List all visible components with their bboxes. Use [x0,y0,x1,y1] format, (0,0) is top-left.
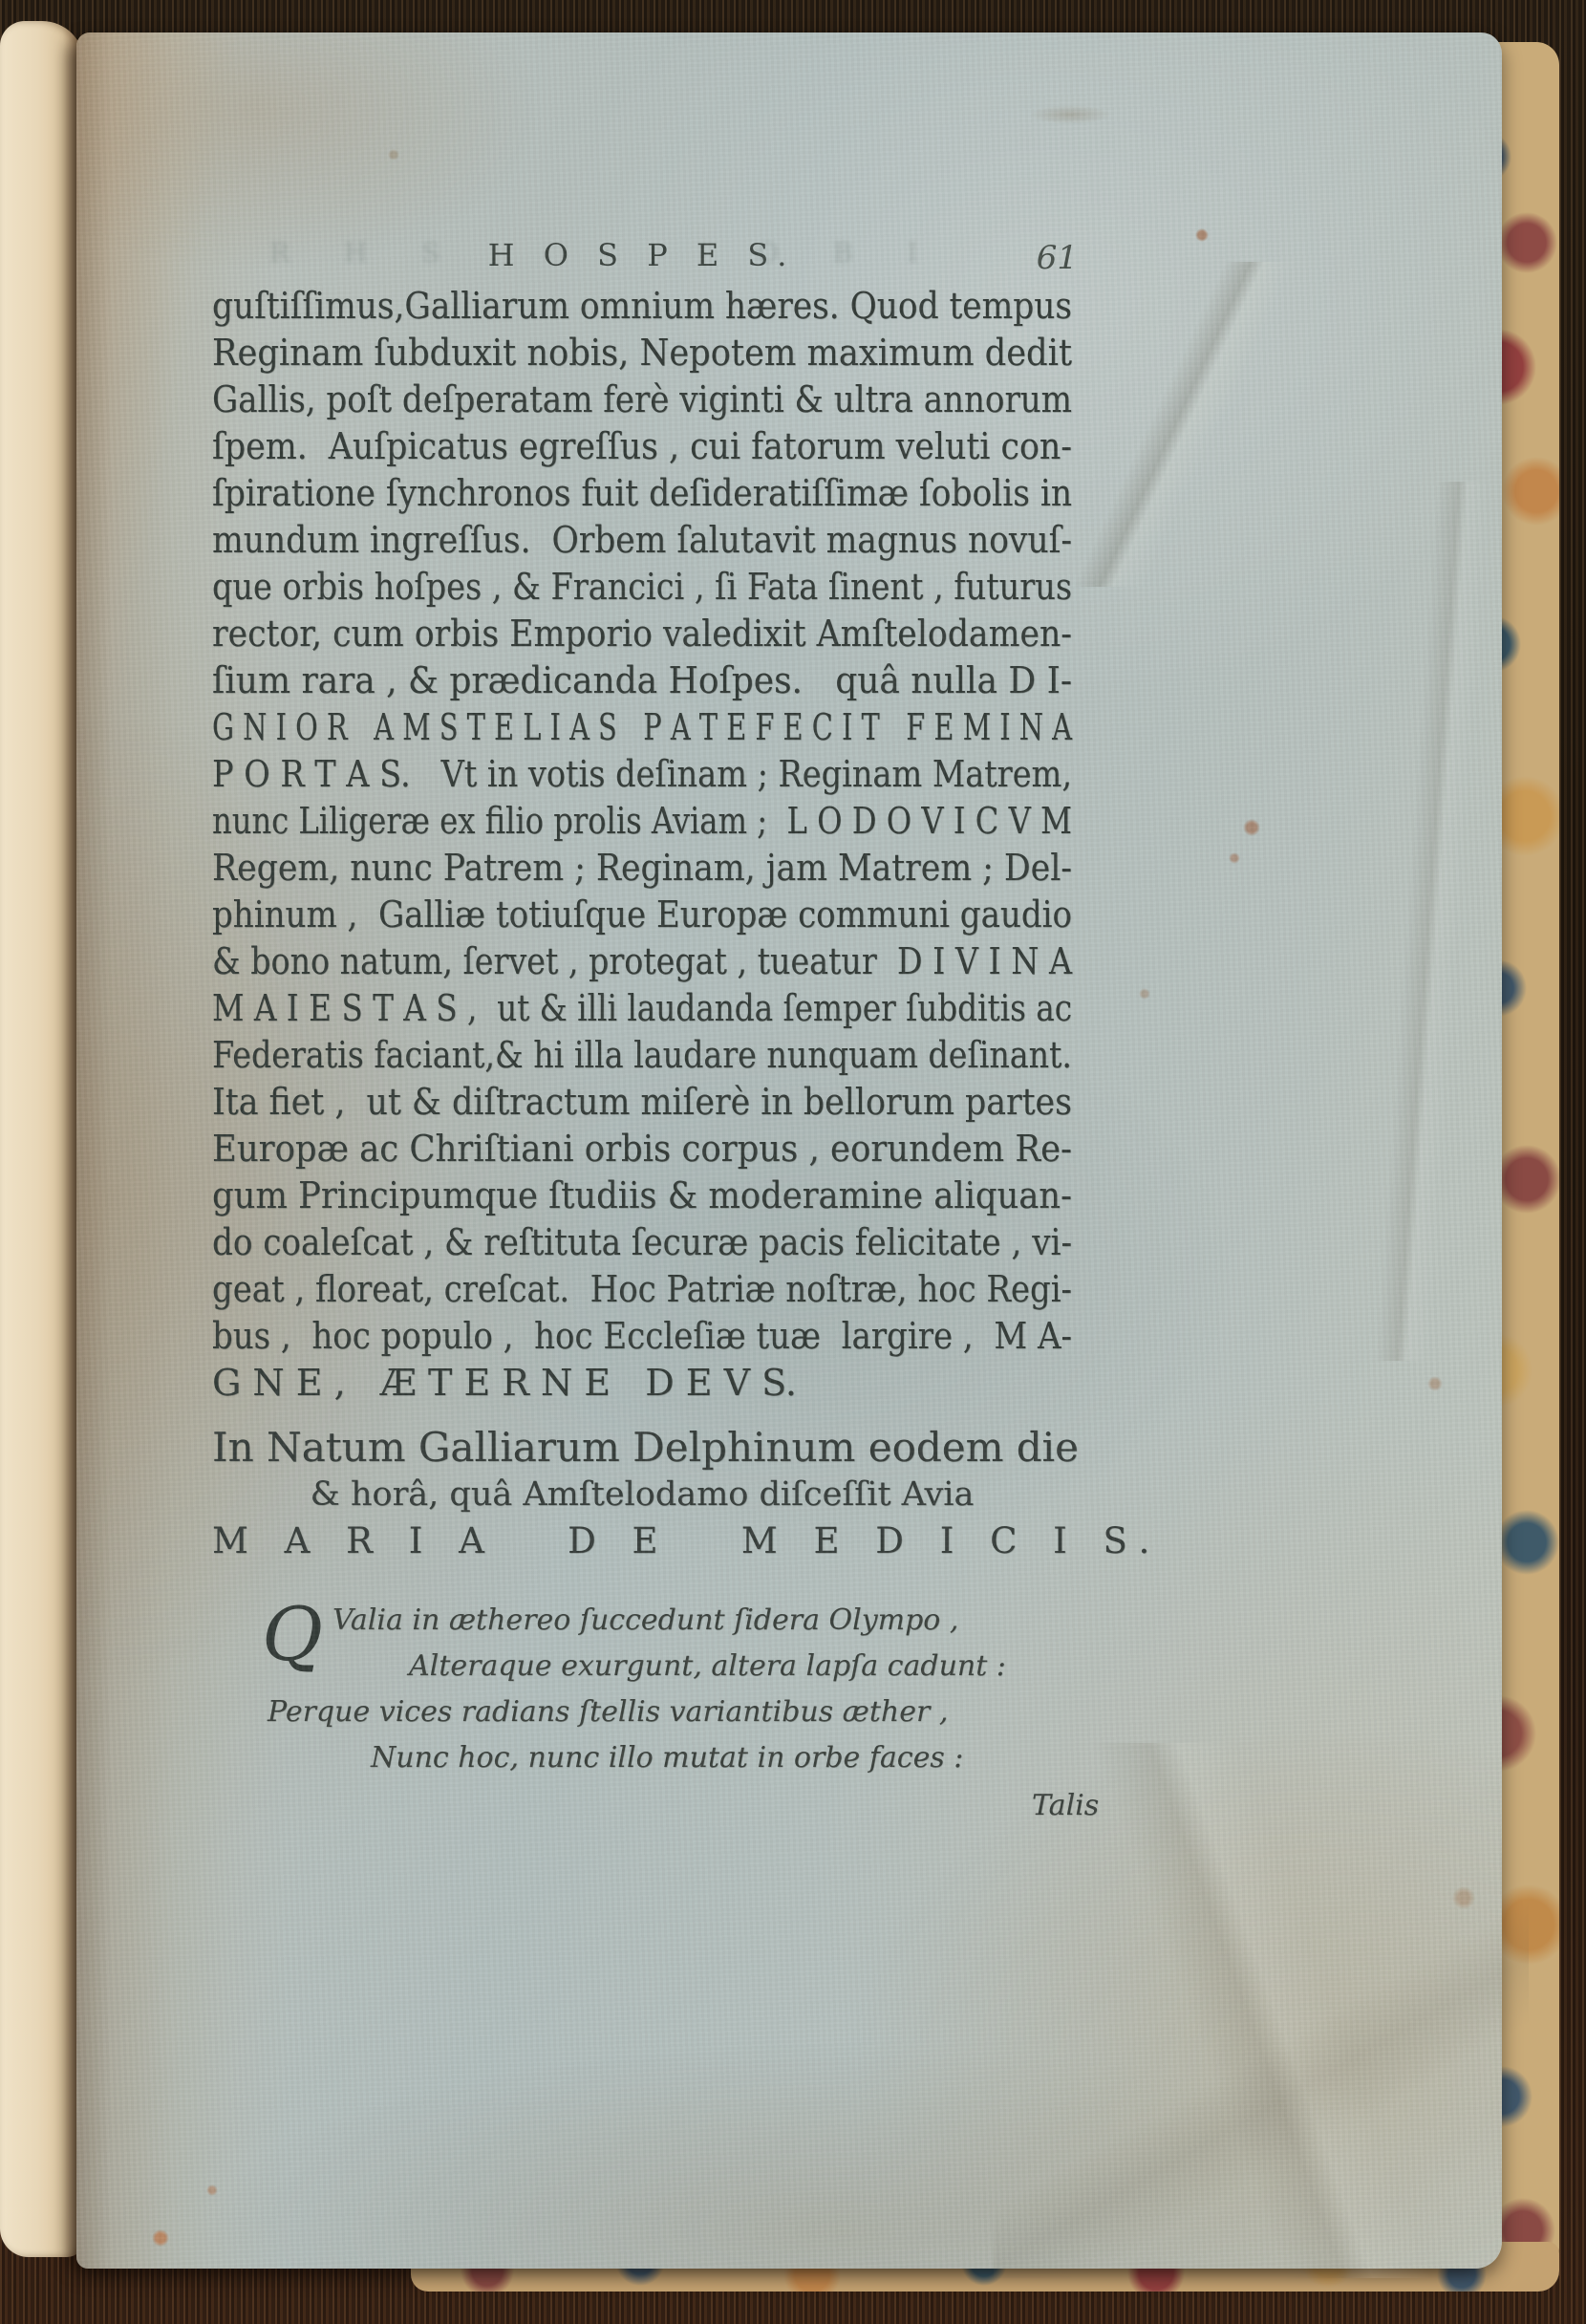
body-line: Europæ ac Chriſtiani orbis corpus , eoru… [212,1126,1072,1173]
body-line: Regem, nunc Patrem ; Reginam, jam Matrem… [212,845,1072,892]
body-line: que orbis hoſpes , & Francici , ſi Fata … [212,564,1072,611]
body-line: mundum ingreſſus. Orbem ſalutavit magnus… [212,517,1072,564]
paper-crease [1347,482,1510,1361]
body-line: rector, cum orbis Emporio valedixit Amſt… [212,611,1072,657]
body-line: guſtiſſimus,Galliarum omnium hæres. Quod… [212,283,1072,330]
verse-line: Perque vices radians ſtellis variantibus… [268,1695,948,1729]
body-line: gum Principumque ſtudiis & moderamine al… [212,1173,1072,1219]
verse-line: Nunc hoc, nunc illo mutat in orbe faces … [371,1741,963,1775]
running-header: R H S O B I H O S P E S. 61 [212,237,1072,281]
verse-line: Alteraque exurgunt, altera lapſa cadunt … [409,1649,1006,1683]
book-page: R H S O B I H O S P E S. 61 guſtiſſimus,… [76,32,1502,2269]
body-line: ſpem. Auſpicatus egreſſus , cui fatorum … [212,423,1072,470]
body-line: Reginam ſubduxit nobis, Nepotem maximum … [212,330,1072,377]
drop-cap-initial: Q [262,1598,323,1672]
body-line: geat , floreat, creſcat. Hoc Patriæ noſt… [212,1266,1072,1313]
section-heading: In Natum Galliarum Delphinum eodem die &… [212,1424,1072,1565]
body-text: guſtiſſimus,Galliarum omnium hæres. Quod… [212,283,1072,1407]
body-line: phinum , Galliæ totiuſque Europæ communi… [212,892,1072,938]
body-line: P O R T A S. Vt in votis deſinam ; Regin… [212,751,1072,798]
body-line: do coaleſcat , & reſtituta ſecuræ pacis … [212,1219,1072,1266]
body-line: Gallis, poſt deſperatam ferè viginti & u… [212,377,1072,423]
body-line: bus , hoc populo , hoc Eccleſiæ tuæ larg… [212,1313,1072,1360]
verse-line: Valia in æthereo ſuccedunt ſidera Olympo… [332,1603,958,1637]
book-photo: { "page": { "header": { "title": "H O S … [0,0,1586,2324]
body-line: G N E , Æ T E R N E D E V S. [212,1360,1072,1407]
body-line: Federatis faciant,& hi illa laudare nunq… [212,1032,1072,1079]
body-line: M A I E S T A S , ut & illi laudanda ſem… [212,985,1072,1032]
catchword: Talis [1032,1789,1099,1822]
page-number: 61 [1037,239,1078,277]
body-line: Ita fiet , ut & diſtractum miſerè in bel… [212,1079,1072,1126]
show-through-text: O B I [757,237,940,269]
heading-line-2: & horâ, quâ Amſtelodamo diſceſſit Avia [212,1472,1072,1517]
paper-crease [1032,262,1318,587]
heading-line-3: M A R I A D E M E D I C I S. [212,1517,1072,1565]
body-line: ſium rara , & prædicanda Hoſpes. quâ nul… [212,657,1072,704]
body-line: G N I O R A M S T E L I A S P A T E F E … [212,704,1072,751]
previous-page-edge [0,21,84,2257]
body-line: & bono natum, ſervet , protegat , tueatu… [212,938,1072,985]
paper-crease [994,1743,1529,2278]
body-line: nunc Liligeræ ex filio prolis Aviam ; L … [212,798,1072,845]
heading-line-1: In Natum Galliarum Delphinum eodem die [212,1424,1072,1472]
show-through-text: R H S [269,237,462,269]
body-line: ſpiratione ſynchronos fuit deſideratiſſi… [212,470,1072,517]
